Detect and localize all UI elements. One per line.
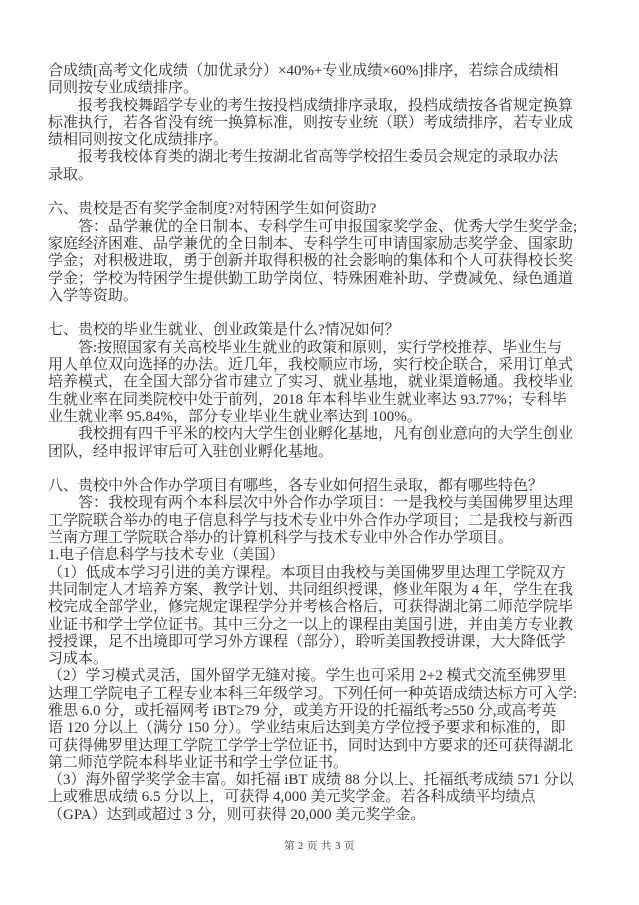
- text-line: 校完成全部学业，修完规定课程学分并考核合格后，可获得湖北第二师范学院毕: [48, 599, 608, 616]
- text-line: 学金；对积极进取，勇于创新并取得积极的社会影响的集体和个人可获得校长奖: [48, 253, 608, 270]
- question-6-scholarship: 六、贵校是否有奖学金制度?对特困学生如何资助? 答：品学兼优的全日制本、专科学生…: [48, 201, 608, 305]
- text-line: 培养模式，在全国大部分省市建立了实习、就业基地，就业渠道畅通。我校毕业: [48, 374, 608, 391]
- text-line: 雅思 6.0 分，或托福网考 iBT≥79 分，或美方开设的托福纸考≥550 分…: [48, 703, 608, 720]
- text-line: 七、贵校的毕业生就业、创业政策是什么?情况如何？: [48, 322, 608, 339]
- page-footer: 第 2 页 共 3 页: [0, 840, 639, 854]
- text-line: 绩相同则按文化成绩排序。: [48, 132, 608, 149]
- text-line: 答：品学兼优的全日制本、专科学生可申报国家奖学金、优秀大学生奖学金;: [48, 219, 608, 236]
- text-line: 语 120 分以上（满分 150 分）。学业结束后达到美方学位授予要求和标准的，…: [48, 720, 608, 737]
- text-line: （3）海外留学奖学金丰富。如托福 iBT 成绩 88 分以上、托福纸考成绩 57…: [48, 772, 608, 789]
- text-line: 1.电子信息科学与技术专业（美国）: [48, 547, 608, 564]
- text-line: 入学等资助。: [48, 288, 608, 305]
- page-number-text: 第 2 页 共 3 页: [284, 841, 355, 852]
- text-line: 团队，经申报评审后可入驻创业孵化基地。: [48, 444, 608, 461]
- text-line: 工学院联合举办的电子信息科学与技术专业中外合作办学项目；二是我校与新西: [48, 513, 608, 530]
- text-line: 用人单位双向选择的办法。近几年，我校顺应市场，实行校企联合，采用订单式: [48, 357, 608, 374]
- text-line: 兰南方理工学院联合举办的计算机科学与技术专业中外合作办学项目。: [48, 530, 608, 547]
- answer5-continuation: 合成绩[高考文化成绩（加优录分）×40%+专业成绩×60%]排序，若综合成绩相同…: [48, 63, 608, 184]
- text-line: 报考我校体育类的湖北考生按湖北省高等学校招生委员会规定的录取办法: [48, 149, 608, 166]
- text-line: 达理工学院电子工程专业本科三年级学习。下列任何一种英语成绩达标方可入学:: [48, 686, 608, 703]
- text-line: 八、贵校中外合作办学项目有哪些，各专业如何招生录取，都有哪些特色？: [48, 478, 608, 495]
- text-line: 我校拥有四千平米的校内大学生创业孵化基地，凡有创业意向的大学生创业: [48, 426, 608, 443]
- text-line: 录取。: [48, 167, 608, 184]
- text-line: 生就业率在同类院校中处于前列，2018 年本科毕业生就业率达 93.77%；专科…: [48, 392, 608, 409]
- text-line: 答:按照国家有关高校毕业生就业的政策和原则，实行学校推荐、毕业生与: [48, 340, 608, 357]
- text-line: 习成本。: [48, 651, 608, 668]
- question-8-joint-programs: 八、贵校中外合作办学项目有哪些，各专业如何招生录取，都有哪些特色？ 答：我校现有…: [48, 478, 608, 824]
- text-line: 上或雅思成绩 6.5 分以上，可获得 4,000 美元奖学金。若各科成绩平均绩点: [48, 789, 608, 806]
- text-line: 答：我校现有两个本科层次中外合作办学项目：一是我校与美国佛罗里达理: [48, 495, 608, 512]
- document-body: 合成绩[高考文化成绩（加优录分）×40%+专业成绩×60%]排序，若综合成绩相同…: [48, 63, 608, 824]
- question-7-employment: 七、贵校的毕业生就业、创业政策是什么?情况如何？ 答:按照国家有关高校毕业生就业…: [48, 322, 608, 460]
- text-line: 授授课，足不出境即可学习外方课程（部分），聆听美国教授讲课，大大降低学: [48, 634, 608, 651]
- text-line: 报考我校舞蹈学专业的考生按投档成绩排序录取，投档成绩按各省规定换算: [48, 98, 608, 115]
- text-line: 业证书和学士学位证书。其中三分之一以上的课程由美国引进，并由美方专业教: [48, 617, 608, 634]
- text-line: 同则按专业成绩排序。: [48, 80, 608, 97]
- text-line: 学金；学校为特困学生提供勤工助学岗位、特殊困难补助、学费减免、绿色通道: [48, 271, 608, 288]
- text-line: 业生就业率 95.84%，部分专业毕业生就业率达到 100%。: [48, 409, 608, 426]
- text-line: 可获得佛罗里达理工学院工学学士学位证书，同时达到中方要求的还可获得湖北: [48, 738, 608, 755]
- text-line: 标准执行，若各省没有统一换算标准，则按专业统（联）考成绩排序，若专业成: [48, 115, 608, 132]
- text-line: 六、贵校是否有奖学金制度?对特困学生如何资助?: [48, 201, 608, 218]
- document-page: 合成绩[高考文化成绩（加优录分）×40%+专业成绩×60%]排序，若综合成绩相同…: [0, 0, 639, 905]
- text-line: 合成绩[高考文化成绩（加优录分）×40%+专业成绩×60%]排序，若综合成绩相: [48, 63, 608, 80]
- text-line: 家庭经济困难、品学兼优的全日制本、专科学生可申请国家励志奖学金、国家助: [48, 236, 608, 253]
- text-line: 第二师范学院本科毕业证书和学士学位证书。: [48, 755, 608, 772]
- text-line: （GPA）达到或超过 3 分，则可获得 20,000 美元奖学金。: [48, 807, 608, 824]
- text-line: （2）学习模式灵活，国外留学无缝对接。学生也可采用 2+2 模式交流至佛罗里: [48, 668, 608, 685]
- text-line: 共同制定人才培养方案、教学计划、共同组织授课，修业年限为 4 年，学生在我: [48, 582, 608, 599]
- text-line: （1）低成本学习引进的美方课程。本项目由我校与美国佛罗里达理工学院双方: [48, 565, 608, 582]
